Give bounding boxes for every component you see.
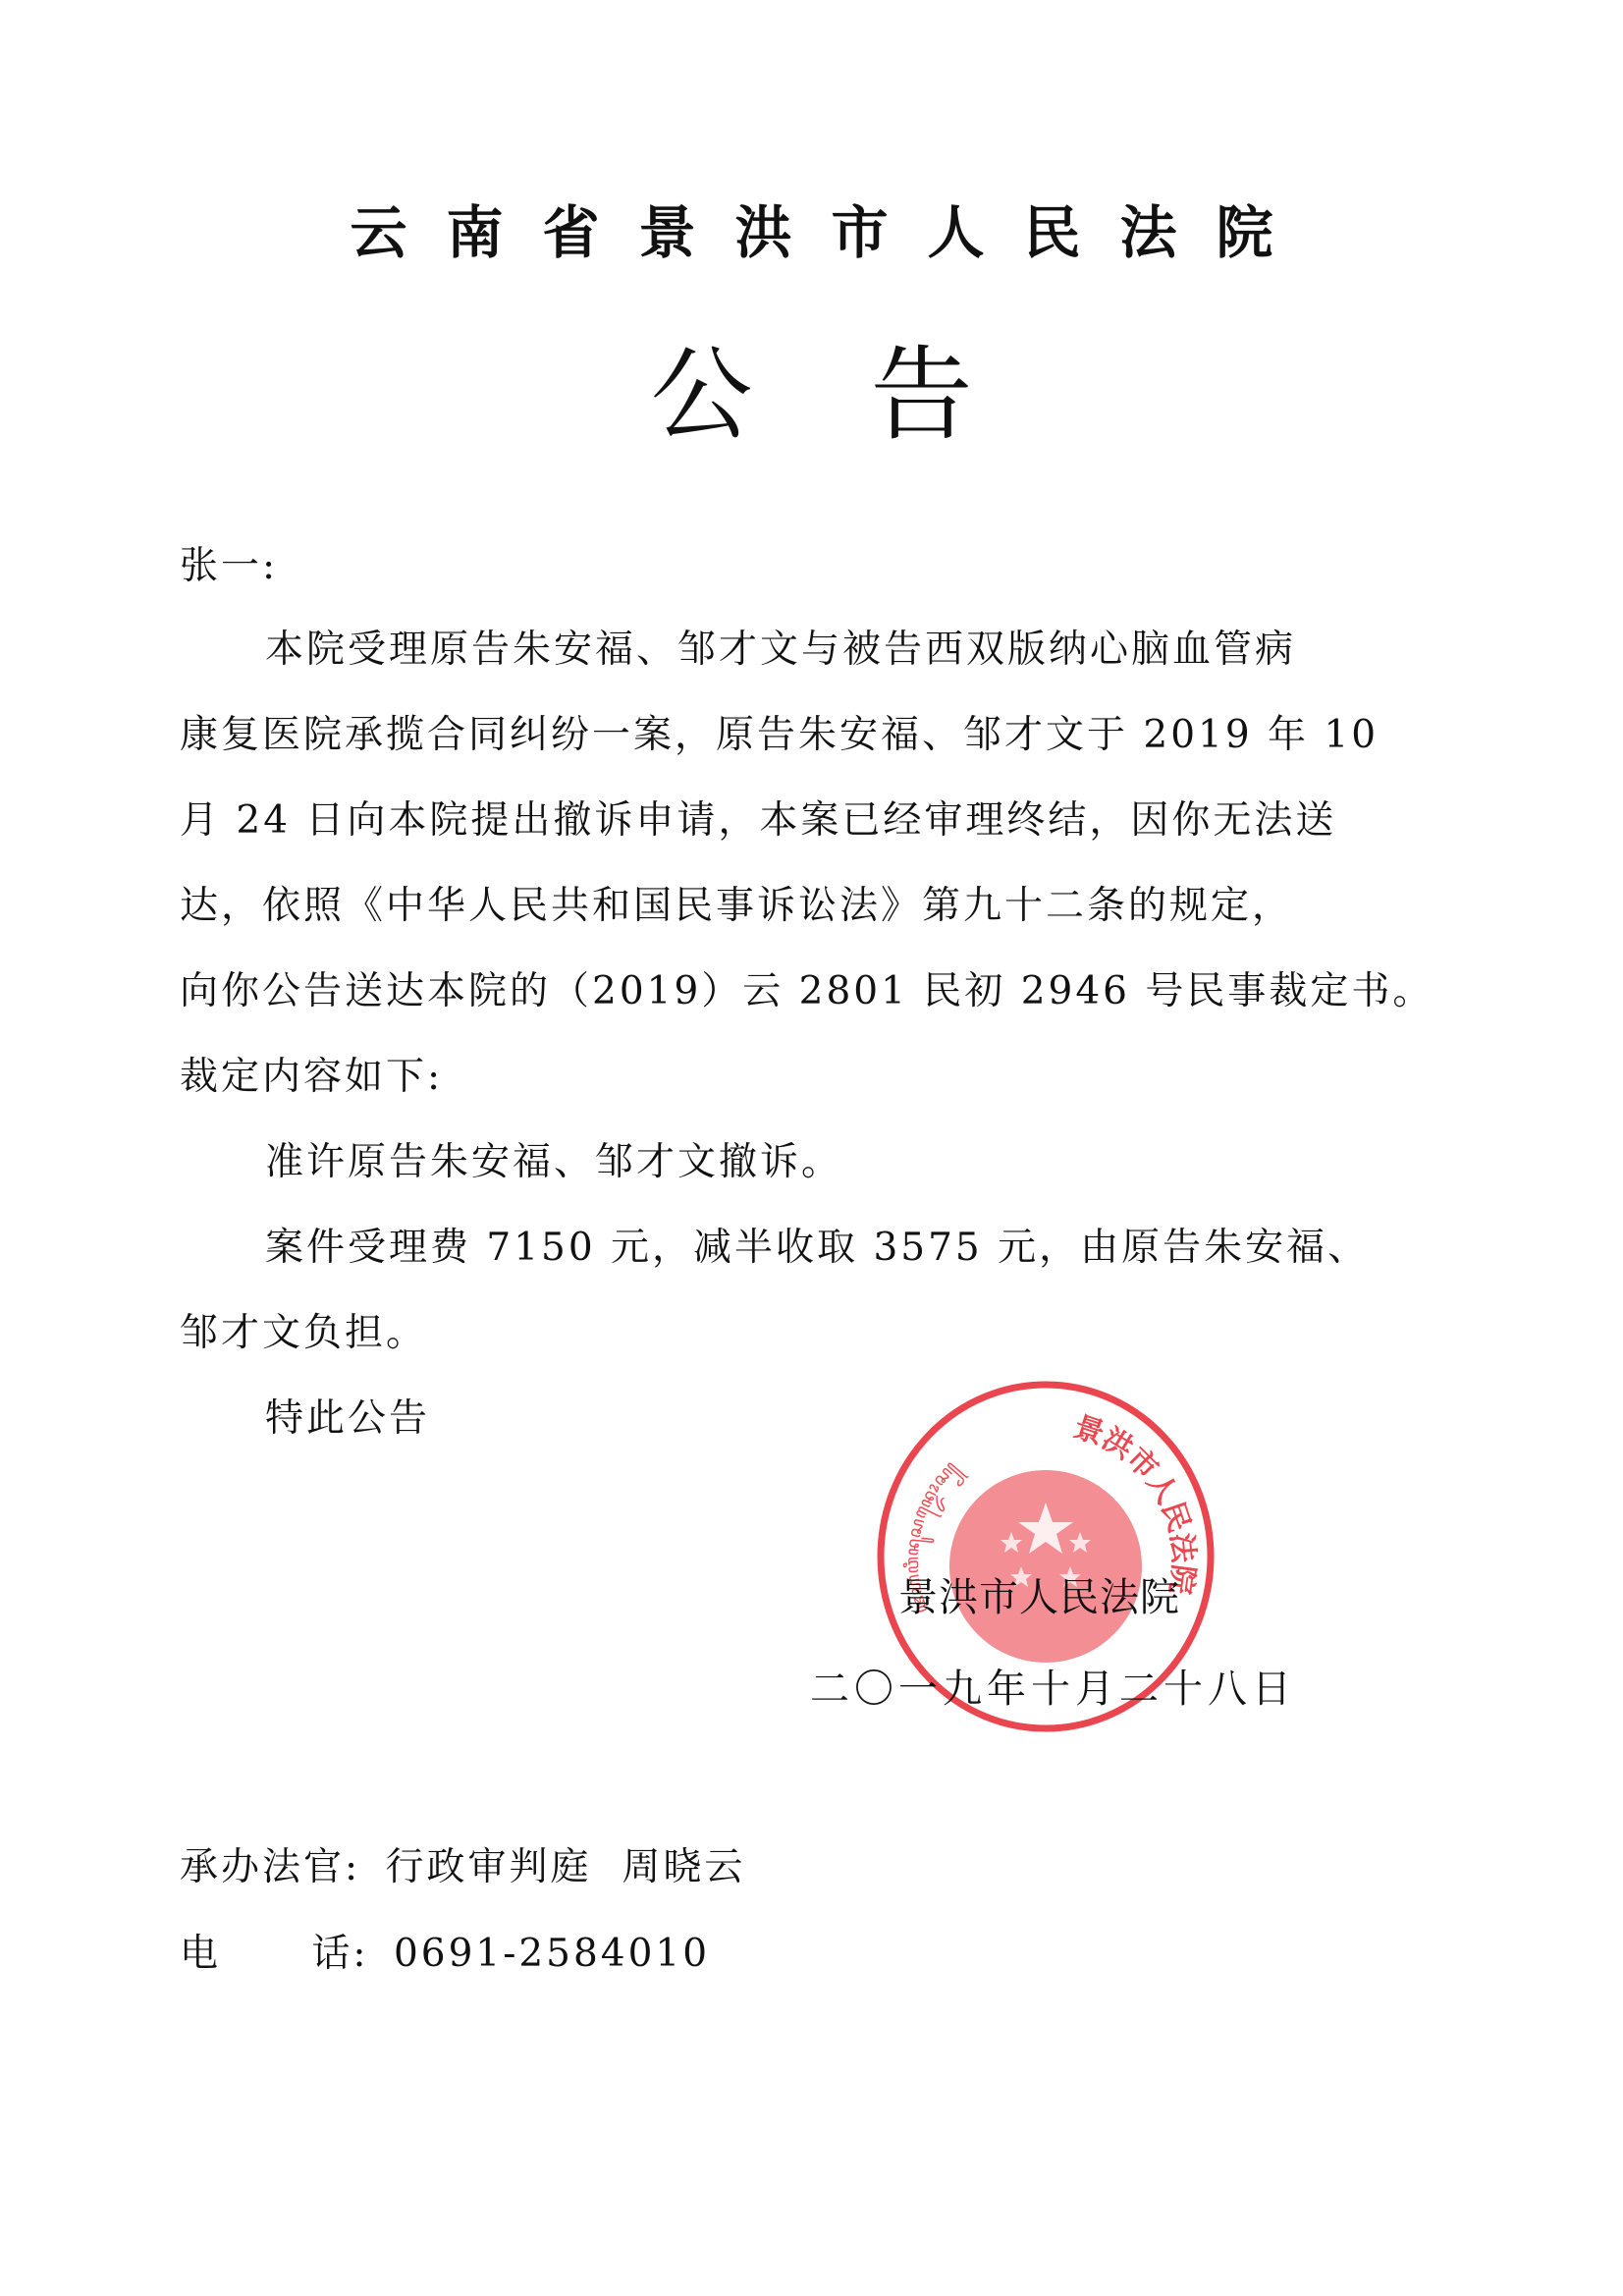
addressee: 张一: — [180, 535, 278, 590]
body-line-1: 本院受理原告朱安福、邹才文与被告西双版纳心脑血管病 — [265, 619, 1296, 674]
fee-line-1: 案件受理费 7150 元，减半收取 3575 元，由原告朱安福、 — [265, 1217, 1369, 1272]
judge-label: 承办法官: — [180, 1845, 360, 1889]
issue-date: 二〇一九年十月二十八日 — [810, 1658, 1296, 1714]
phone-line: 电 话: 0691-2584010 — [180, 1923, 710, 1978]
body-line-3: 月 24 日向本院提出撤诉申请，本案已经审理终结，因你无法送 — [180, 790, 1336, 845]
phone-value: 0691-2584010 — [394, 1932, 710, 1976]
body-line-4: 达，依照《中华人民共和国民事诉讼法》第九十二条的规定， — [180, 875, 1293, 930]
body-line-5: 向你公告送达本院的（2019）云 2801 民初 2946 号民事裁定书。 — [180, 960, 1434, 1015]
judge-value: 行政审判庭 周晓云 — [386, 1845, 746, 1889]
closing-text: 特此公告 — [265, 1388, 430, 1443]
body-line-2: 康复医院承揽合同纠纷一案，原告朱安福、邹才文于 2019 年 10 — [180, 704, 1379, 759]
issuer-signature: 景洪市人民法院 — [898, 1566, 1180, 1622]
fee-line-2: 邹才文负担。 — [180, 1302, 427, 1357]
ruling-text: 准许原告朱安福、邹才文撤诉。 — [265, 1131, 842, 1186]
body-line-6: 裁定内容如下: — [180, 1046, 443, 1101]
court-name-heading: 云南省景洪市人民法院 — [0, 187, 1623, 269]
judge-line: 承办法官: 行政审判庭 周晓云 — [180, 1836, 745, 1891]
phone-label: 电 话: — [180, 1932, 369, 1976]
document-title: 公告 — [0, 312, 1623, 460]
